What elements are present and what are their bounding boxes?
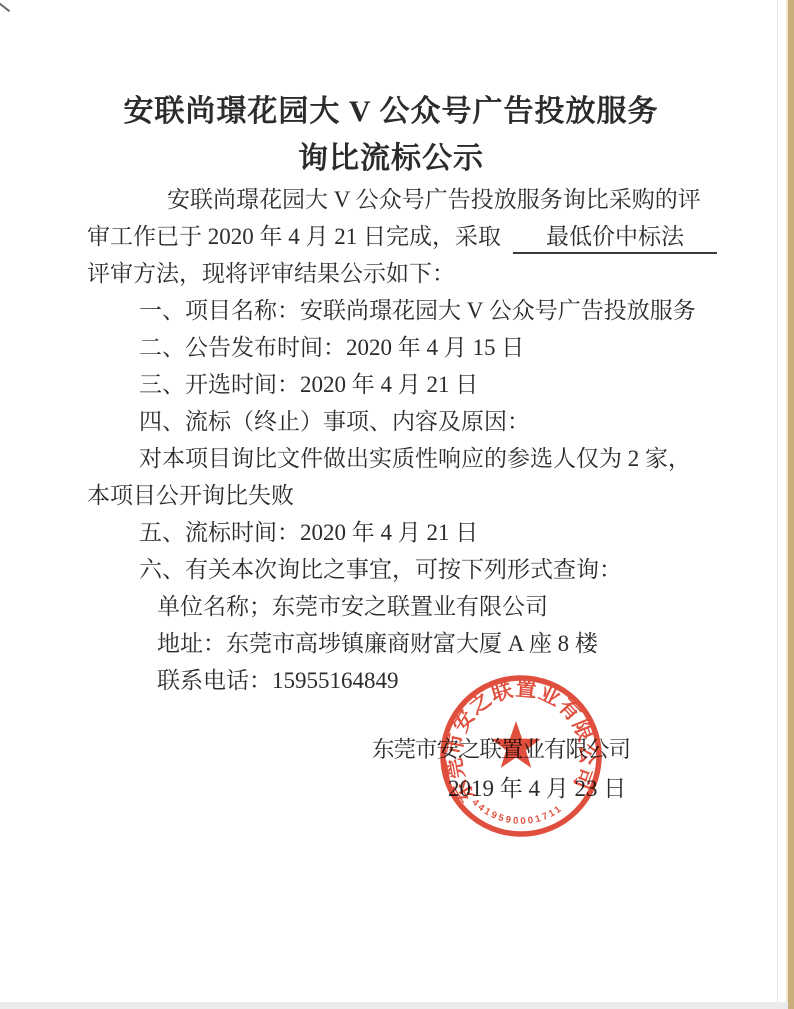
body-line-reason: 对本项目询比文件做出实质性响应的参选人仅为 2 家，	[87, 440, 727, 477]
document-body: 安联尚璟花园大 V 公众号广告投放服务询比采购的评 审工作已于 2020 年 4…	[87, 181, 727, 699]
body-line-phone: 联系电话：15955164849	[87, 662, 727, 699]
body-line: 评审方法，现将评审结果公示如下：	[87, 255, 727, 292]
body-line-item-3: 三、开选时间：2020 年 4 月 21 日	[87, 366, 727, 403]
body-line-item-2: 二、公告发布时间：2020 年 4 月 15 日	[87, 329, 727, 366]
scanned-document-page: 安联尚璟花园大 V 公众号广告投放服务 询比流标公示 安联尚璟花园大 V 公众号…	[0, 0, 794, 1009]
body-line-with-underline: 审工作已于 2020 年 4 月 21 日完成，采取最低价中标法	[87, 218, 727, 255]
star-icon	[491, 721, 540, 768]
body-line-item-6: 六、有关本次询比之事宜，可按下列形式查询：	[87, 551, 727, 588]
document-title-line2: 询比流标公示	[0, 135, 782, 182]
body-line: 安联尚璟花园大 V 公众号广告投放服务询比采购的评	[87, 181, 727, 218]
body-line-address: 地址：东莞市高埗镇廉商财富大厦 A 座 8 楼	[87, 625, 727, 662]
scan-edge-bottom-strip	[0, 1002, 788, 1009]
company-seal: 东莞市安之联置业有限公司 4419590001711	[439, 674, 603, 838]
body-line-item-1: 一、项目名称：安联尚璟花园大 V 公众号广告投放服务	[87, 292, 727, 329]
company-seal-graphic: 东莞市安之联置业有限公司 4419590001711	[439, 674, 603, 838]
body-line-unit-name: 单位名称；东莞市安之联置业有限公司	[87, 588, 727, 625]
underlined-evaluation-method: 最低价中标法	[513, 221, 717, 254]
document-title-line1: 安联尚璟花园大 V 公众号广告投放服务	[0, 88, 782, 135]
body-line-item-4: 四、流标（终止）事项、内容及原因：	[87, 403, 727, 440]
scan-edge-right-stripe	[786, 0, 794, 1009]
body-line-item-5: 五、流标时间：2020 年 4 月 21 日	[87, 514, 727, 551]
document-title: 安联尚璟花园大 V 公众号广告投放服务 询比流标公示	[0, 88, 782, 182]
scan-fold-mark	[0, 2, 10, 12]
body-line-pre: 审工作已于 2020 年 4 月 21 日完成，采取	[87, 224, 501, 249]
body-line-reason-cont: 本项目公开询比失败	[87, 477, 727, 514]
